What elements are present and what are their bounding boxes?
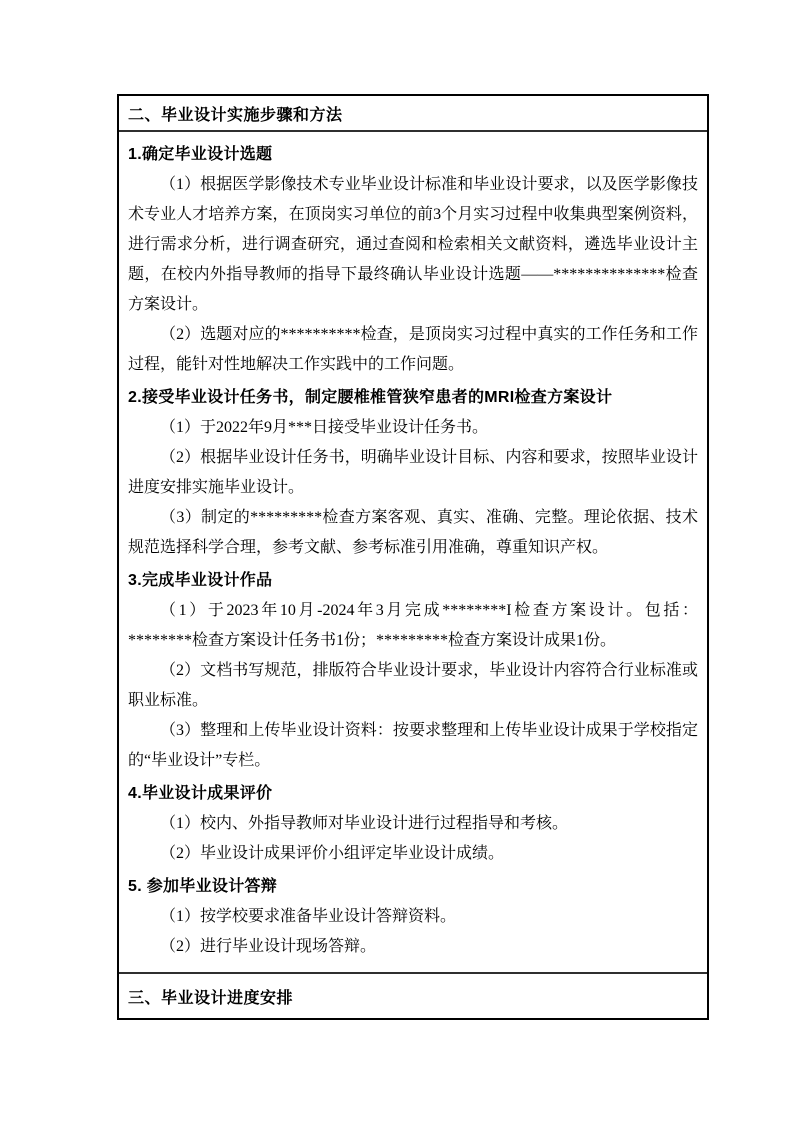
content-paragraph: （1）于2023年10月-2024年3月完成********I检查方案设计。包括… bbox=[128, 596, 698, 656]
section-3-title: 三、毕业设计进度安排 bbox=[128, 985, 293, 1008]
content-paragraph: （2）选题对应的**********检查，是顶岗实习过程中真实的工作任务和工作过… bbox=[128, 320, 698, 380]
content-heading: 5. 参加毕业设计答辩 bbox=[128, 872, 698, 902]
content-paragraph: （1）根据医学影像技术专业毕业设计标准和毕业设计要求，以及医学影像技术专业人才培… bbox=[128, 170, 698, 320]
content-paragraph: （3）制定的*********检查方案客观、真实、准确、完整。理论依据、技术规范… bbox=[128, 503, 698, 563]
document-page: 二、毕业设计实施步骤和方法 1.确定毕业设计选题（1）根据医学影像技术专业毕业设… bbox=[0, 0, 793, 1122]
section-3-header-row: 三、毕业设计进度安排 bbox=[119, 972, 707, 1018]
content-heading: 3.完成毕业设计作品 bbox=[128, 566, 698, 596]
content-heading: 2.接受毕业设计任务书，制定腰椎椎管狭窄患者的MRI检查方案设计 bbox=[128, 383, 698, 413]
content-heading: 4.毕业设计成果评价 bbox=[128, 779, 698, 809]
content-paragraph: （2）文档书写规范，排版符合毕业设计要求，毕业设计内容符合行业标准或职业标准。 bbox=[128, 656, 698, 716]
content-paragraph: （1）校内、外指导教师对毕业设计进行过程指导和考核。 bbox=[128, 809, 698, 839]
graduation-design-table: 二、毕业设计实施步骤和方法 1.确定毕业设计选题（1）根据医学影像技术专业毕业设… bbox=[117, 94, 709, 1020]
section-2-content: 1.确定毕业设计选题（1）根据医学影像技术专业毕业设计标准和毕业设计要求，以及医… bbox=[119, 132, 707, 972]
content-heading: 1.确定毕业设计选题 bbox=[128, 140, 698, 170]
section-2-title: 二、毕业设计实施步骤和方法 bbox=[128, 102, 343, 125]
content-paragraph: （1）于2022年9月***日接受毕业设计任务书。 bbox=[128, 413, 698, 443]
content-paragraph: （3）整理和上传毕业设计资料：按要求整理和上传毕业设计成果于学校指定的“毕业设计… bbox=[128, 716, 698, 776]
content-paragraph: （2）根据毕业设计任务书，明确毕业设计目标、内容和要求，按照毕业设计进度安排实施… bbox=[128, 443, 698, 503]
content-paragraph: （1）按学校要求准备毕业设计答辩资料。 bbox=[128, 902, 698, 932]
content-paragraph: （2）进行毕业设计现场答辩。 bbox=[128, 932, 698, 962]
section-2-header-row: 二、毕业设计实施步骤和方法 bbox=[119, 96, 707, 132]
content-paragraph: （2）毕业设计成果评价小组评定毕业设计成绩。 bbox=[128, 839, 698, 869]
